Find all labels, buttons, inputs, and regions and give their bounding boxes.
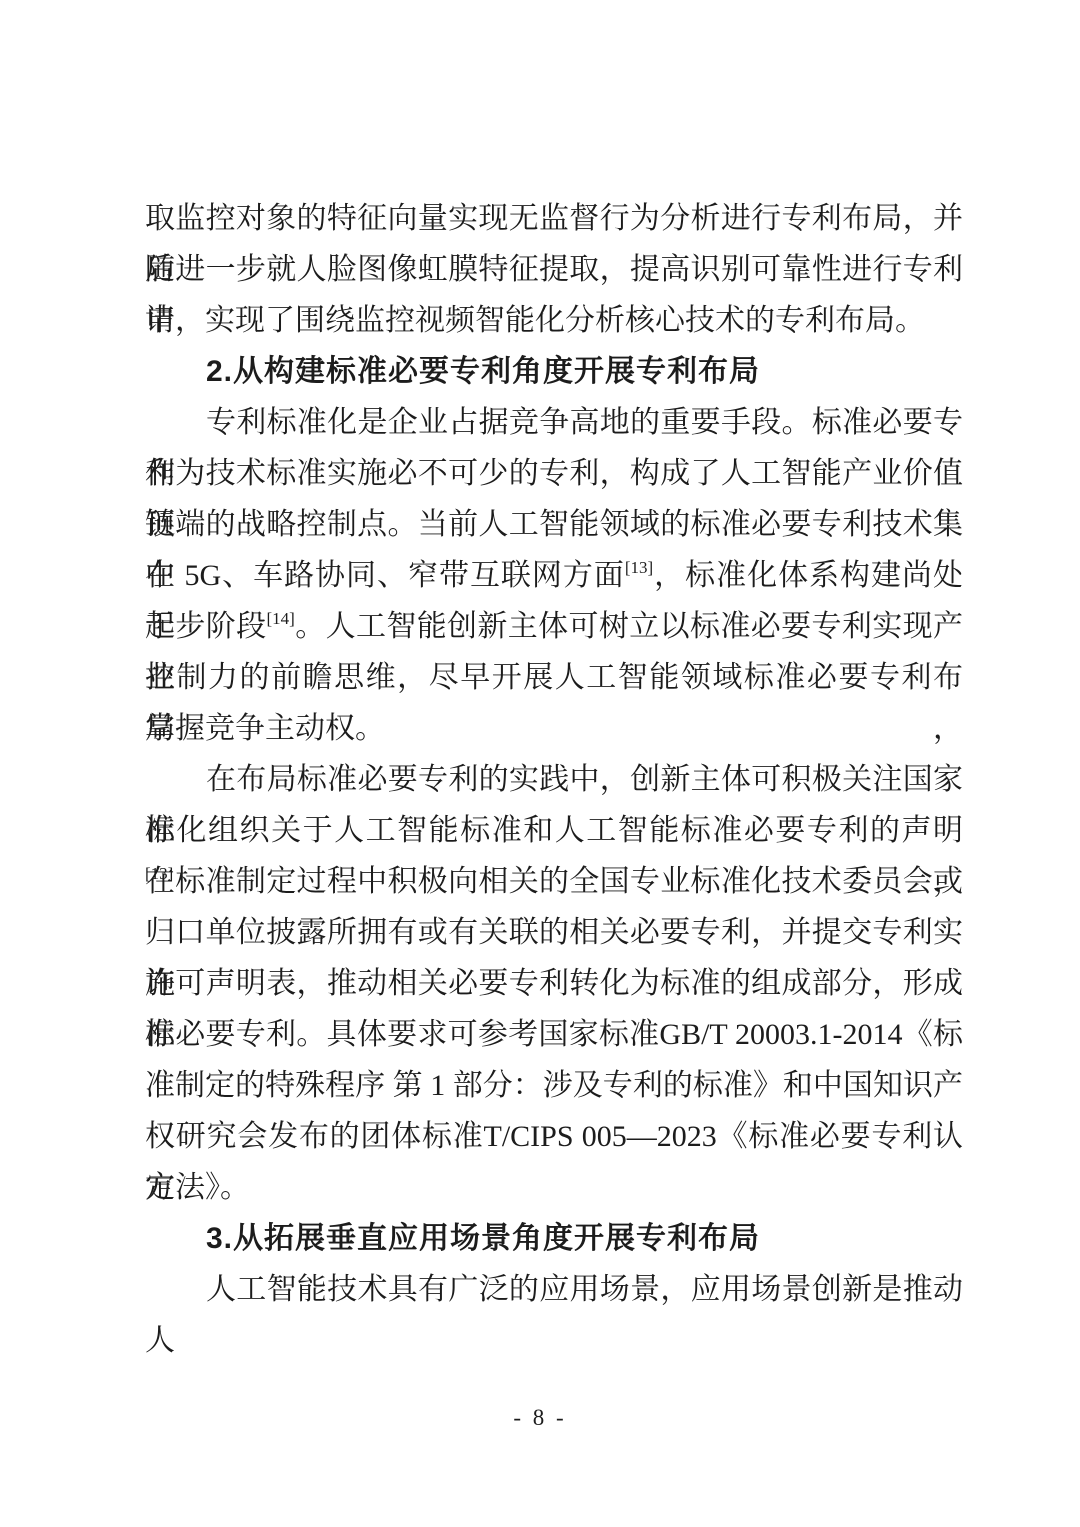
text-run: 准化组织关于人工智能标准和人工智能标准必要专利的声明: [145, 814, 963, 847]
text-line: 作为技术标准实施必不可少的专利，构成了人工智能产业价值链: [145, 448, 963, 499]
text-line: 在 5G、车路协同、窄带互联网方面[13]，标准化体系构建尚处于: [145, 550, 963, 601]
text-run: 3.从拓展垂直应用场景角度开展专利布局: [206, 1222, 760, 1255]
section-heading: 3.从拓展垂直应用场景角度开展专利布局: [145, 1213, 963, 1264]
text-line: 请，实现了围绕监控视频智能化分析核心技术的专利布局。: [145, 295, 963, 346]
text-run: 准必要专利。具体要求可参考国家标准GB/T 20003.1-2014《标: [145, 1018, 963, 1051]
text-line: 权研究会发布的团体标准T/CIPS 005—2023《标准必要专利认定: [145, 1111, 963, 1162]
text-run: 掌握竞争主动权。: [145, 712, 385, 745]
text-line: 方法》。: [145, 1162, 963, 1213]
text-line: 控制力的前瞻思维，尽早开展人工智能领域标准必要专利布局，: [145, 652, 963, 703]
text-run: 方法》。: [145, 1171, 250, 1204]
text-line: 专利标准化是企业占据竞争高地的重要手段。标准必要专利: [145, 397, 963, 448]
text-line: 准必要专利。具体要求可参考国家标准GB/T 20003.1-2014《标: [145, 1009, 963, 1060]
text-line: 人工智能技术具有广泛的应用场景，应用场景创新是推动人: [145, 1264, 963, 1315]
text-run: 起步阶段: [145, 610, 267, 643]
document-page: 取监控对象的特征向量实现无监督行为分析进行专利布局，并随后进一步就人脸图像虹膜特…: [0, 0, 1080, 1527]
text-run: 在标准制定过程中积极向相关的全国专业标准化技术委员会或: [145, 865, 963, 898]
text-line: 起步阶段[14]。人工智能创新主体可树立以标准必要专利实现产业: [145, 601, 963, 652]
text-line: 在标准制定过程中积极向相关的全国专业标准化技术委员会或: [145, 856, 963, 907]
text-run: 在 5G、车路协同、窄带互联网方面: [145, 559, 625, 592]
citation-marker: [14]: [267, 609, 295, 628]
section-heading: 2.从构建标准必要专利角度开展专利布局: [145, 346, 963, 397]
citation-marker: [13]: [625, 558, 653, 577]
page-number: - 8 -: [0, 1405, 1080, 1431]
text-run: 准制定的特殊程序 第 1 部分：涉及专利的标准》和中国知识产: [145, 1069, 963, 1102]
text-line: 后进一步就人脸图像虹膜特征提取，提高识别可靠性进行专利申: [145, 244, 963, 295]
text-run: 人工智能技术具有广泛的应用场景，应用场景创新是推动人: [145, 1273, 963, 1357]
text-run: 请，实现了围绕监控视频智能化分析核心技术的专利布局。: [145, 304, 925, 337]
text-line: 在布局标准必要专利的实践中，创新主体可积极关注国家标: [145, 754, 963, 805]
text-line: 取监控对象的特征向量实现无监督行为分析进行专利布局，并随: [145, 193, 963, 244]
text-line: 顶端的战略控制点。当前人工智能领域的标准必要专利技术集中: [145, 499, 963, 550]
text-line: 许可声明表，推动相关必要专利转化为标准的组成部分，形成标: [145, 958, 963, 1009]
text-line: 归口单位披露所拥有或有关联的相关必要专利，并提交专利实施: [145, 907, 963, 958]
text-line: 准化组织关于人工智能标准和人工智能标准必要专利的声明[13]，: [145, 805, 963, 856]
text-line: 准制定的特殊程序 第 1 部分：涉及专利的标准》和中国知识产: [145, 1060, 963, 1111]
page-content: 取监控对象的特征向量实现无监督行为分析进行专利布局，并随后进一步就人脸图像虹膜特…: [145, 193, 963, 1315]
text-run: 2.从构建标准必要专利角度开展专利布局: [206, 355, 760, 388]
